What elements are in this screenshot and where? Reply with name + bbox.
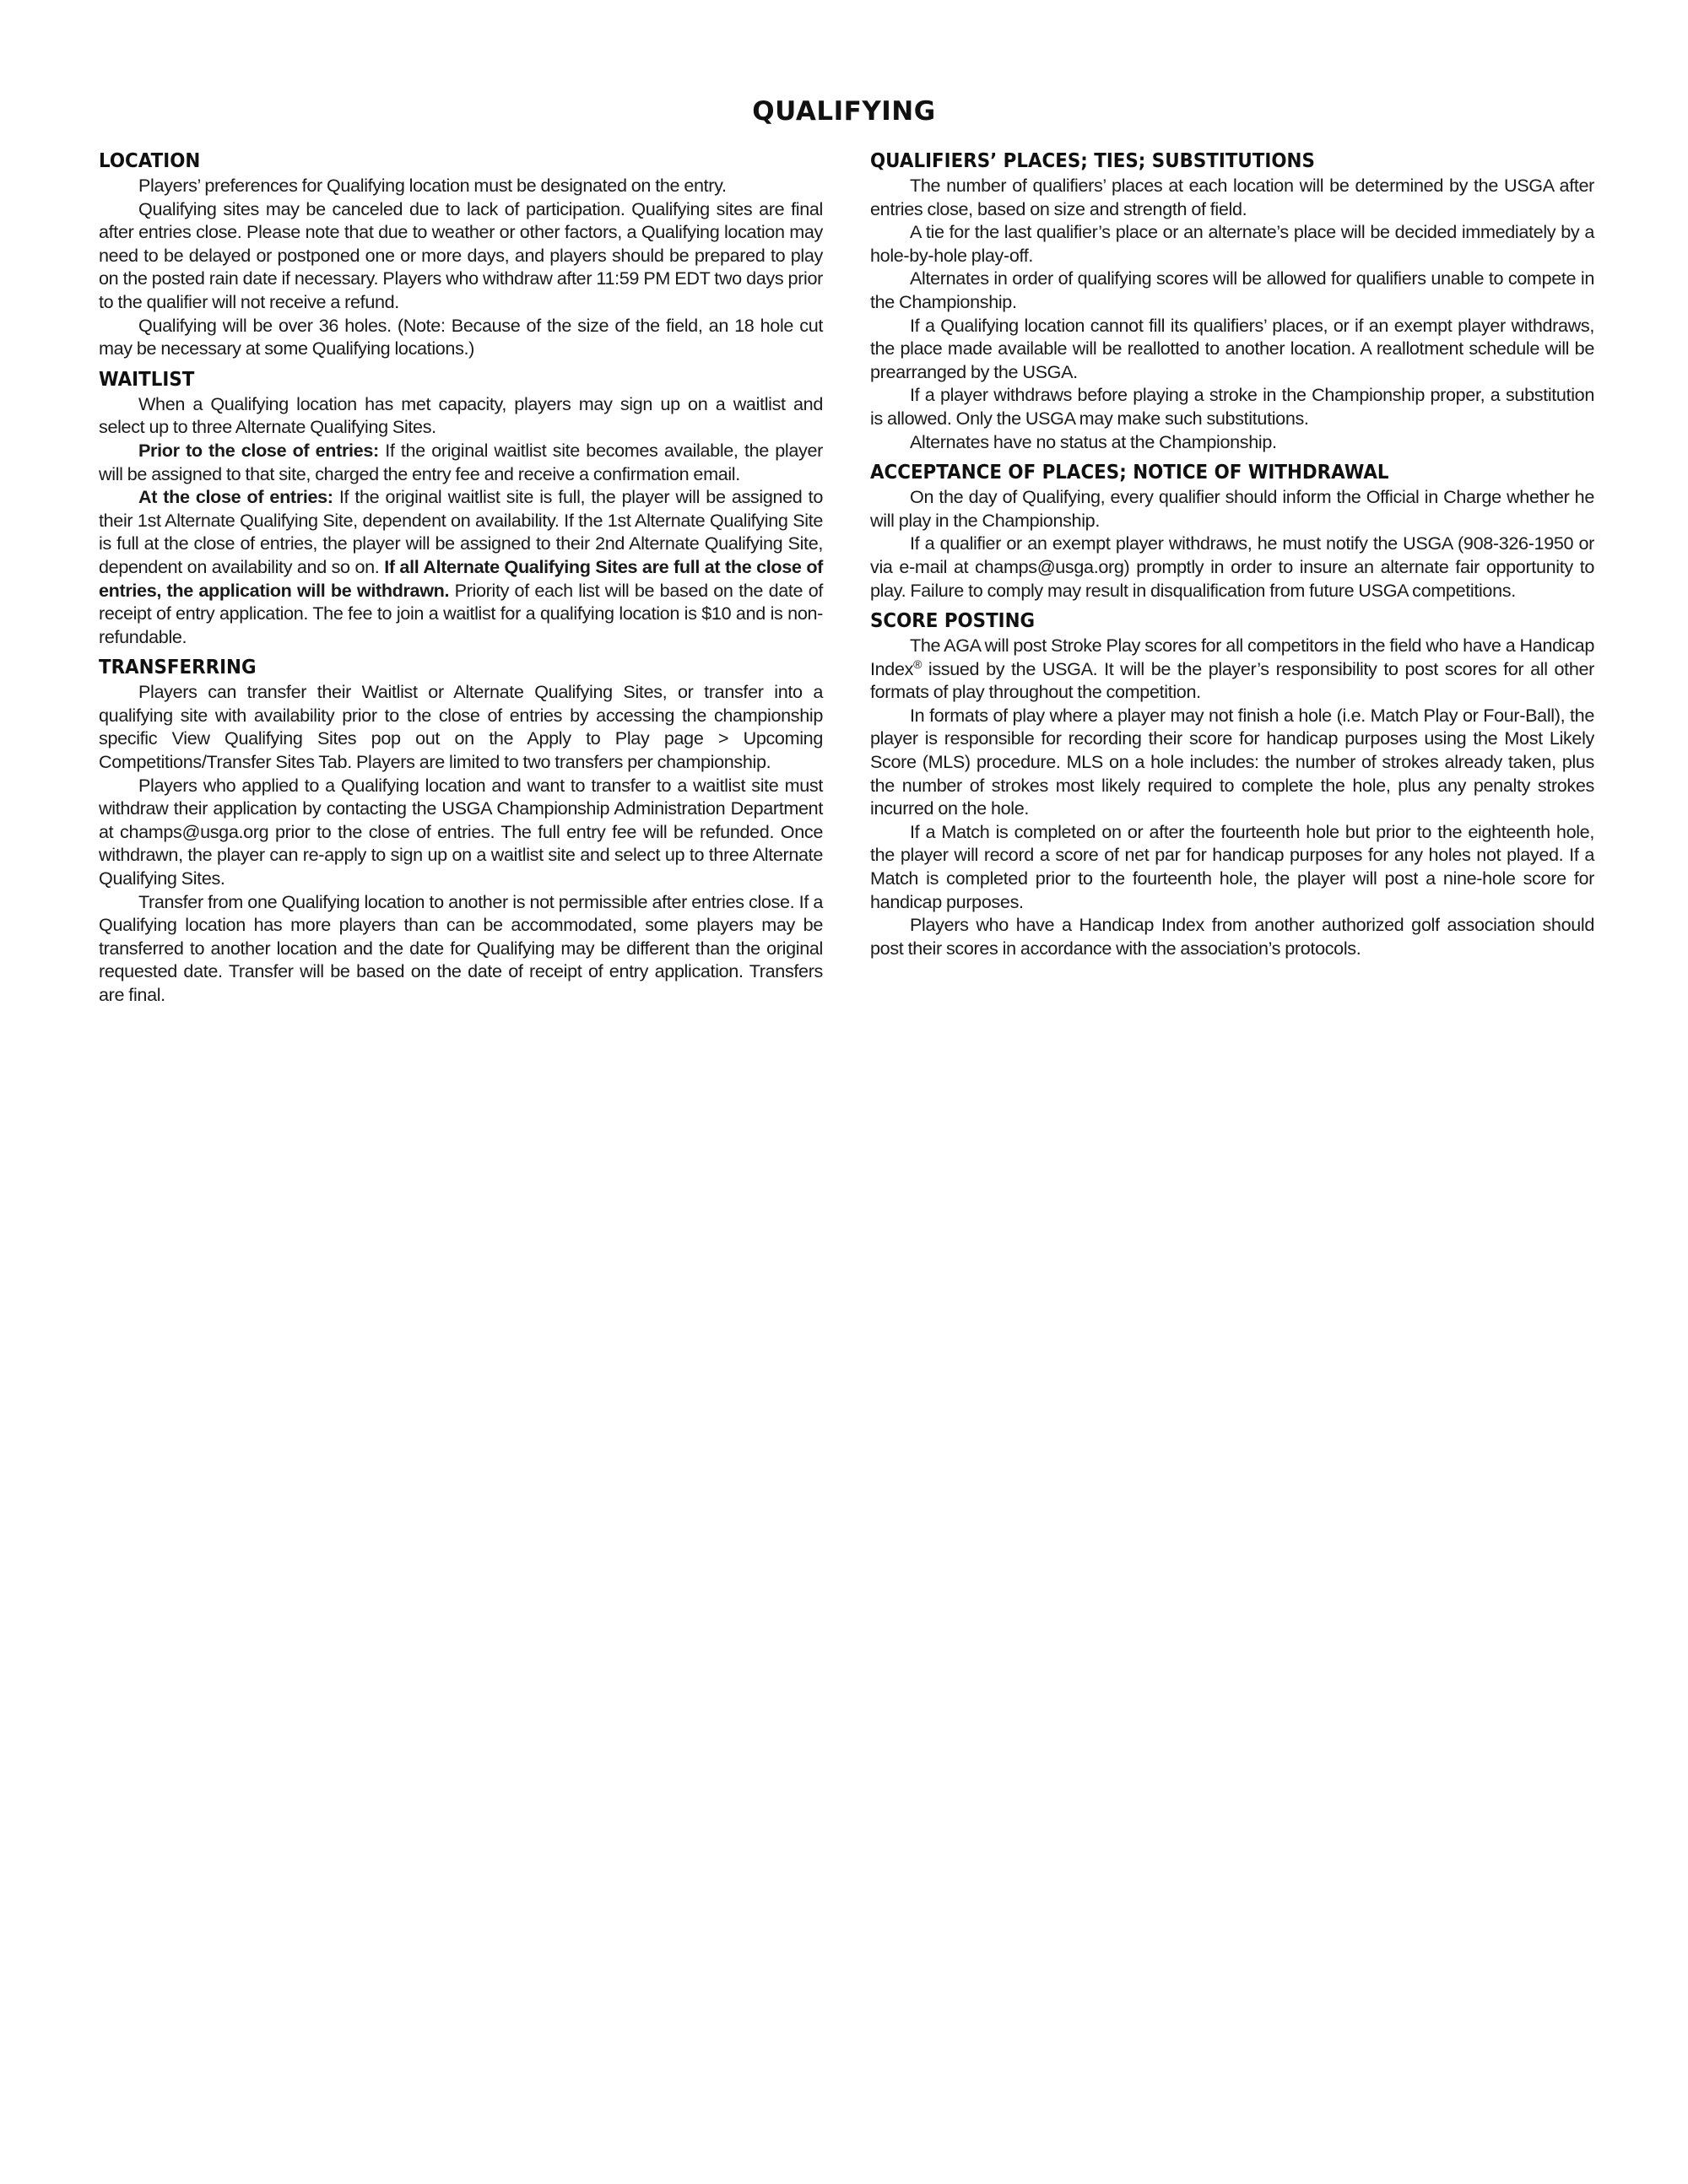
- section-heading: LOCATION: [99, 149, 772, 174]
- section-heading: ACCEPTANCE OF PLACES; NOTICE OF WITHDRAW…: [870, 460, 1544, 485]
- paragraph: Alternates in order of qualifying scores…: [870, 267, 1594, 313]
- paragraph: Alternates have no status at the Champio…: [870, 430, 1594, 454]
- paragraph: On the day of Qualifying, every qualifie…: [870, 485, 1594, 532]
- right-column: QUALIFIERS’ PLACES; TIES; SUBSTITUTIONS …: [870, 149, 1594, 966]
- paragraph: Qualifying will be over 36 holes. (Note:…: [99, 314, 823, 360]
- paragraph: Players can transfer their Waitlist or A…: [99, 680, 823, 773]
- paragraph: If a player withdraws before playing a s…: [870, 383, 1594, 430]
- paragraph: If a Match is completed on or after the …: [870, 820, 1594, 913]
- registered-mark: ®: [913, 657, 922, 671]
- paragraph: When a Qualifying location has met capac…: [99, 392, 823, 439]
- left-column: LOCATION Players’ preferences for Qualif…: [99, 149, 823, 1014]
- paragraph: Players who have a Handicap Index from a…: [870, 913, 1594, 960]
- paragraph: Transfer from one Qualifying location to…: [99, 890, 823, 1007]
- paragraph: In formats of play where a player may no…: [870, 704, 1594, 820]
- paragraph: The number of qualifiers’ places at each…: [870, 174, 1594, 220]
- section-transferring: TRANSFERRING Players can transfer their …: [99, 655, 823, 1006]
- section-score-posting: SCORE POSTING The AGA will post Stroke P…: [870, 608, 1594, 960]
- bold-lead: At the close of entries:: [138, 486, 333, 507]
- paragraph: At the close of entries: If the original…: [99, 485, 823, 648]
- section-waitlist: WAITLIST When a Qualifying location has …: [99, 367, 823, 649]
- paragraph: A tie for the last qualifier’s place or …: [870, 220, 1594, 267]
- section-acceptance-withdrawal: ACCEPTANCE OF PLACES; NOTICE OF WITHDRAW…: [870, 460, 1594, 602]
- page-title: QUALIFYING: [0, 96, 1688, 127]
- paragraph-text: issued by the USGA. It will be the playe…: [870, 658, 1594, 703]
- bold-lead: Prior to the close of entries:: [138, 440, 379, 461]
- paragraph: If a Qualifying location cannot fill its…: [870, 314, 1594, 384]
- section-location: LOCATION Players’ preferences for Qualif…: [99, 149, 823, 360]
- section-heading: TRANSFERRING: [99, 655, 772, 680]
- paragraph: The AGA will post Stroke Play scores for…: [870, 634, 1594, 704]
- paragraph: If a qualifier or an exempt player withd…: [870, 532, 1594, 602]
- section-heading: SCORE POSTING: [870, 608, 1544, 634]
- section-heading: QUALIFIERS’ PLACES; TIES; SUBSTITUTIONS: [870, 149, 1544, 174]
- paragraph: Qualifying sites may be canceled due to …: [99, 197, 823, 314]
- paragraph: Players’ preferences for Qualifying loca…: [99, 174, 823, 197]
- paragraph: Prior to the close of entries: If the or…: [99, 439, 823, 485]
- paragraph: Players who applied to a Qualifying loca…: [99, 774, 823, 890]
- section-heading: WAITLIST: [99, 367, 772, 392]
- section-qualifiers-places: QUALIFIERS’ PLACES; TIES; SUBSTITUTIONS …: [870, 149, 1594, 453]
